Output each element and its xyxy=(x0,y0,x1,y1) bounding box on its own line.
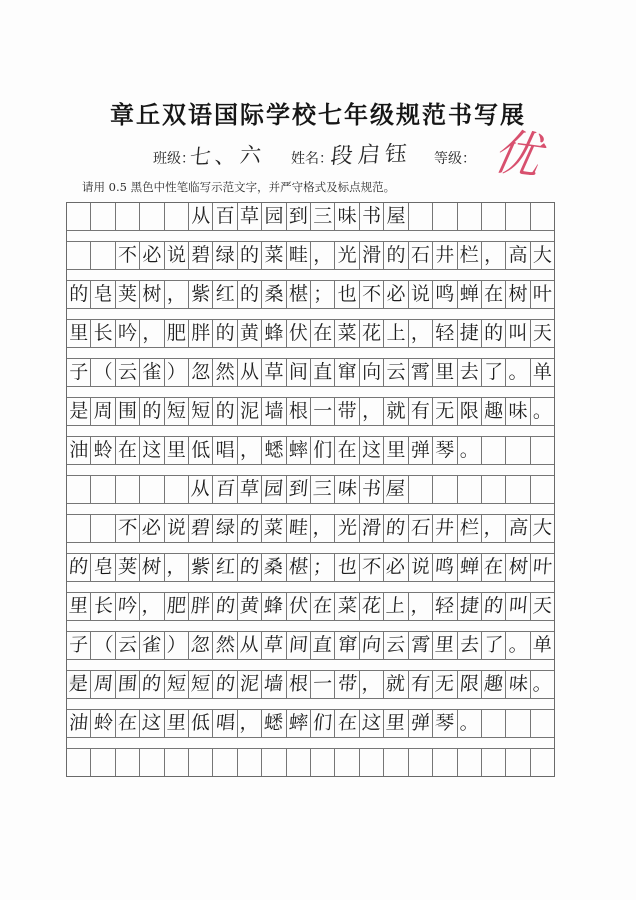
cell-character: 。 xyxy=(460,441,479,460)
grid-cell: ， xyxy=(238,437,262,464)
grid-cell: 无 xyxy=(433,398,457,425)
cell-character: 说 xyxy=(410,558,431,577)
cell-character: 吟 xyxy=(118,324,137,343)
grid-cell: 轻 xyxy=(433,593,457,620)
grid-cell: 墙 xyxy=(262,398,286,425)
cell-character: 的 xyxy=(483,597,504,616)
grid-cell: 上 xyxy=(384,593,408,620)
cell-character: 草 xyxy=(239,480,260,499)
cell-character: 唱 xyxy=(215,714,236,733)
cell-character: 在 xyxy=(312,597,333,616)
cell-character: 油 xyxy=(68,714,89,733)
grid-row-model: 的皂荚树，紫红的桑椹；也不必说鸣蝉在树叶 xyxy=(67,281,554,308)
grid-cell: 在 xyxy=(116,710,140,737)
cell-character: 忽 xyxy=(190,636,211,655)
grid-cell: 就 xyxy=(384,398,408,425)
cell-character: 的 xyxy=(216,402,235,421)
cell-character: 一 xyxy=(313,402,332,421)
cell-character: 椹 xyxy=(288,558,309,577)
cell-character: 弹 xyxy=(411,441,430,460)
grid-cell: 在 xyxy=(482,554,506,581)
grid-cell: 高 xyxy=(506,515,530,542)
cell-character: 去 xyxy=(459,636,480,655)
cell-character: 紫 xyxy=(190,558,211,577)
grid-cell: 叫 xyxy=(506,320,530,347)
cell-character: 们 xyxy=(313,441,332,460)
cell-character: 园 xyxy=(264,207,283,226)
grid-cell: 有 xyxy=(409,671,433,698)
grid-cell: 窜 xyxy=(335,359,359,386)
grid-row-model: 子（云雀）忽然从草间直窜向云霄里去了。单 xyxy=(67,359,554,386)
grid-cell xyxy=(67,476,91,503)
grid-cell: 墙 xyxy=(262,671,286,698)
grid-cell: 蝉 xyxy=(458,281,482,308)
cell-character: 的 xyxy=(239,519,260,538)
grid-cell: ， xyxy=(238,710,262,737)
cell-character: 高 xyxy=(508,519,529,538)
cell-character: 在 xyxy=(483,558,504,577)
grid-cell: 霄 xyxy=(409,359,433,386)
cell-character: 向 xyxy=(362,363,381,382)
grid-cell: ， xyxy=(409,320,433,347)
cell-character: 园 xyxy=(264,480,285,499)
grade-label: 等级： xyxy=(434,148,476,168)
cell-character: ） xyxy=(167,363,186,382)
grid-cell: 味 xyxy=(506,671,530,698)
grid-cell: 的 xyxy=(67,554,91,581)
cell-character: 忽 xyxy=(191,363,210,382)
grid-cell: 根 xyxy=(287,671,311,698)
cell-character: 向 xyxy=(361,636,382,655)
cell-character: 。 xyxy=(533,402,552,421)
cell-character: 低 xyxy=(191,441,210,460)
cell-character: 捷 xyxy=(460,324,479,343)
cell-character: 菜 xyxy=(264,519,285,538)
cell-character: 泥 xyxy=(239,675,260,694)
cell-character: 大 xyxy=(532,519,553,538)
grid-row-hand: 不必说碧绿的菜畦，光滑的石井栏，高大 xyxy=(67,515,554,542)
grid-cell: 的 xyxy=(384,515,408,542)
grid-cell: 然 xyxy=(213,359,237,386)
cell-character: 窜 xyxy=(338,363,357,382)
grid-cell: 石 xyxy=(409,515,433,542)
grid-row-hand: 子（云雀）忽然从草间直窜向云霄里去了。单 xyxy=(67,632,554,659)
grid-cell: 里 xyxy=(384,710,408,737)
cell-character: 的 xyxy=(239,558,260,577)
cell-character: 也 xyxy=(338,285,357,304)
grid-cell: 黄 xyxy=(238,593,262,620)
grid-cell: 滑 xyxy=(360,515,384,542)
cell-character: 不 xyxy=(361,558,382,577)
grid-cell: 荚 xyxy=(116,281,140,308)
cell-character: 碧 xyxy=(191,246,210,265)
cell-character: 蟀 xyxy=(289,441,308,460)
cell-character: （ xyxy=(93,636,114,655)
cell-character: 不 xyxy=(118,246,137,265)
cell-character: 绿 xyxy=(216,246,235,265)
cell-character: 黄 xyxy=(240,324,259,343)
cell-character: 书 xyxy=(361,480,382,499)
cell-character: 周 xyxy=(94,402,113,421)
cell-character: 里 xyxy=(386,441,405,460)
grid-cell: 雀 xyxy=(140,632,164,659)
grid-cell: 这 xyxy=(140,437,164,464)
cell-character: ， xyxy=(142,324,161,343)
cell-character: 直 xyxy=(312,636,333,655)
grid-cell: 子 xyxy=(67,359,91,386)
grid-cell: 叶 xyxy=(531,281,554,308)
grid-gap-row xyxy=(67,737,554,749)
grid-cell: 的 xyxy=(384,242,408,269)
cell-character: 里 xyxy=(167,441,186,460)
grid-cell: 一 xyxy=(311,398,335,425)
grid-cell: 捷 xyxy=(458,320,482,347)
cell-character: 。 xyxy=(509,363,528,382)
cell-character: 无 xyxy=(435,402,454,421)
grid-cell: 菜 xyxy=(335,593,359,620)
grid-cell: 在 xyxy=(311,320,335,347)
cell-character: 无 xyxy=(435,675,456,694)
grid-gap-row xyxy=(67,581,554,593)
grid-cell: 花 xyxy=(360,593,384,620)
cell-character: 在 xyxy=(118,441,137,460)
grid-cell: 向 xyxy=(360,359,384,386)
cell-character: 这 xyxy=(362,441,381,460)
cell-character: 有 xyxy=(411,402,430,421)
grid-row-model: 不必说碧绿的菜畦，光滑的石井栏，高大 xyxy=(67,242,554,269)
grid-cell: 的 xyxy=(238,515,262,542)
grid-cell: 里 xyxy=(67,320,91,347)
cell-character: 不 xyxy=(117,519,138,538)
cell-character: 菜 xyxy=(264,246,283,265)
grid-cell: 有 xyxy=(409,398,433,425)
cell-character: 树 xyxy=(508,558,529,577)
grid-cell: 蝉 xyxy=(458,554,482,581)
grid-cell: 限 xyxy=(458,398,482,425)
cell-character: 里 xyxy=(435,636,456,655)
instruction-text: 请用 0.5 黑色中性笔临写示范文字，并严守格式及标点规范。 xyxy=(82,179,395,195)
cell-character: 光 xyxy=(337,519,358,538)
cell-character: 黄 xyxy=(239,597,260,616)
grid-cell: 油 xyxy=(67,710,91,737)
grid-gap-row xyxy=(67,464,554,476)
grid-cell: 栏 xyxy=(458,242,482,269)
cell-character: 的 xyxy=(386,519,407,538)
cell-character: 叫 xyxy=(508,597,529,616)
cell-character: 的 xyxy=(69,285,88,304)
grid-cell: ， xyxy=(409,593,433,620)
cell-character: 的 xyxy=(484,324,503,343)
grid-cell: 到 xyxy=(287,476,311,503)
cell-character: 蜂 xyxy=(264,597,285,616)
grid-cell: 说 xyxy=(409,281,433,308)
grid-gap-row xyxy=(67,230,554,242)
grid-cell xyxy=(531,476,554,503)
cell-character: 必 xyxy=(142,519,163,538)
cell-character: 上 xyxy=(386,324,405,343)
grid-cell: 红 xyxy=(213,281,237,308)
grid-cell: 肥 xyxy=(165,320,189,347)
cell-character: 畦 xyxy=(288,519,309,538)
grid-cell: 草 xyxy=(262,359,286,386)
grid-cell xyxy=(67,242,91,269)
grid-cell: 书 xyxy=(360,476,384,503)
scanned-writing-sheet: 章丘双语国际学校七年级规范书写展 班级： 七、六 姓名： 段启钰 等级： 优 请… xyxy=(0,0,636,900)
cell-character: 的 xyxy=(142,675,163,694)
cell-character: 里 xyxy=(386,714,407,733)
grid-cell xyxy=(67,749,91,776)
cell-character: 。 xyxy=(532,675,553,694)
grid-cell: 。 xyxy=(458,710,482,737)
cell-character: ， xyxy=(167,285,186,304)
grid-cell: 也 xyxy=(335,281,359,308)
cell-character: 椹 xyxy=(289,285,308,304)
grid-cell: 叫 xyxy=(506,593,530,620)
cell-character: 屋 xyxy=(386,480,407,499)
grid-cell xyxy=(140,203,164,230)
grid-cell xyxy=(189,749,213,776)
grid-cell: 的 xyxy=(67,281,91,308)
grid-cell: 蛉 xyxy=(91,437,115,464)
grid-row-hand: 的皂荚树，紫红的桑椹；也不必说鸣蝉在树叶 xyxy=(67,554,554,581)
grid-cell xyxy=(506,710,530,737)
grid-cell: 去 xyxy=(458,359,482,386)
grid-cell: 井 xyxy=(433,242,457,269)
cell-character: 的 xyxy=(240,246,259,265)
grid-cell: 花 xyxy=(360,320,384,347)
cell-character: 从 xyxy=(191,207,210,226)
cell-character: 畦 xyxy=(289,246,308,265)
grid-cell: 光 xyxy=(335,242,359,269)
grid-cell: 吟 xyxy=(116,593,140,620)
grid-cell xyxy=(409,476,433,503)
cell-character: 在 xyxy=(337,714,358,733)
grid-cell: 直 xyxy=(311,359,335,386)
grid-cell: 碧 xyxy=(189,242,213,269)
cell-character: 一 xyxy=(312,675,333,694)
cell-character: 天 xyxy=(532,597,553,616)
grid-cell: 鸣 xyxy=(433,281,457,308)
grid-cell: 石 xyxy=(409,242,433,269)
cell-character: 蟀 xyxy=(288,714,309,733)
cell-character: 上 xyxy=(386,597,407,616)
grid-cell: 低 xyxy=(189,710,213,737)
grid-cell: 百 xyxy=(213,203,237,230)
cell-character: ， xyxy=(361,675,382,694)
cell-character: 碧 xyxy=(190,519,211,538)
grid-row-model: 是周围的短短的泥墙根一带，就有无限趣味。 xyxy=(67,398,554,425)
grid-cell: 胖 xyxy=(189,593,213,620)
cell-character: 子 xyxy=(68,636,89,655)
grid-cell: 里 xyxy=(165,437,189,464)
grid-cell: 里 xyxy=(433,359,457,386)
cell-character: ， xyxy=(411,324,430,343)
grid-cell: 不 xyxy=(116,242,140,269)
name-value-text: 段启钰 xyxy=(329,137,413,171)
grid-cell: 书 xyxy=(360,203,384,230)
cell-character: 子 xyxy=(69,363,88,382)
grid-cell xyxy=(116,476,140,503)
grid-cell: 树 xyxy=(140,554,164,581)
cell-character: 菜 xyxy=(337,597,358,616)
grid-cell: 从 xyxy=(189,203,213,230)
grid-cell: 无 xyxy=(433,671,457,698)
cell-character: 井 xyxy=(435,246,454,265)
grid-cell: 在 xyxy=(482,281,506,308)
grid-cell: 井 xyxy=(433,515,457,542)
cell-character: 叶 xyxy=(533,285,552,304)
cell-character: 蛉 xyxy=(94,441,113,460)
cell-character: 在 xyxy=(484,285,503,304)
cell-character: 高 xyxy=(509,246,528,265)
cell-character: ， xyxy=(362,402,381,421)
cell-character: 带 xyxy=(337,675,358,694)
cell-character: 里 xyxy=(69,324,88,343)
cell-character: 轻 xyxy=(435,597,456,616)
cell-character: 荚 xyxy=(118,285,137,304)
grid-row-model: 从百草园到三味书屋 xyxy=(67,203,554,230)
grid-cell xyxy=(458,203,482,230)
grid-cell: 。 xyxy=(506,632,530,659)
grid-cell: 三 xyxy=(311,203,335,230)
grid-cell: 单 xyxy=(531,359,554,386)
cell-character: 的 xyxy=(215,675,236,694)
cell-character: 根 xyxy=(289,402,308,421)
grid-cell: 味 xyxy=(506,398,530,425)
grid-cell xyxy=(482,749,506,776)
cell-character: 里 xyxy=(166,714,187,733)
grid-cell xyxy=(433,203,457,230)
grid-cell: ， xyxy=(360,398,384,425)
grid-cell xyxy=(433,476,457,503)
grid-cell xyxy=(531,749,554,776)
grid-cell: 荚 xyxy=(116,554,140,581)
grid-cell xyxy=(116,203,140,230)
cell-character: 必 xyxy=(386,285,405,304)
grid-cell xyxy=(409,749,433,776)
grid-cell xyxy=(458,476,482,503)
cell-character: 里 xyxy=(435,363,454,382)
grid-cell: 。 xyxy=(458,437,482,464)
cell-character: ， xyxy=(483,519,504,538)
grid-cell: 紫 xyxy=(189,281,213,308)
grid-cell: 直 xyxy=(311,632,335,659)
grid-cell: 子 xyxy=(67,632,91,659)
grid-cell: 畦 xyxy=(287,242,311,269)
cell-character: 红 xyxy=(216,285,235,304)
cell-character: 。 xyxy=(459,714,480,733)
cell-character: 百 xyxy=(215,480,236,499)
cell-character: 就 xyxy=(386,675,407,694)
cell-character: 在 xyxy=(338,441,357,460)
grid-cell: 必 xyxy=(384,554,408,581)
grid-cell xyxy=(433,749,457,776)
grid-cell: 围 xyxy=(116,671,140,698)
cell-character: 树 xyxy=(142,558,163,577)
cell-character: （ xyxy=(94,363,113,382)
grid-cell: 蟀 xyxy=(287,710,311,737)
grid-cell: 从 xyxy=(189,476,213,503)
grid-cell: 油 xyxy=(67,437,91,464)
grid-cell: 树 xyxy=(506,281,530,308)
cell-character: 间 xyxy=(289,363,308,382)
grid-cell: 味 xyxy=(335,476,359,503)
grid-cell: 蜂 xyxy=(262,320,286,347)
grid-cell: 的 xyxy=(238,242,262,269)
writing-grid: 从百草园到三味书屋不必说碧绿的菜畦，光滑的石井栏，高大的皂荚树，紫红的桑椹；也不… xyxy=(66,202,555,777)
cell-character: 单 xyxy=(533,363,552,382)
grid-row-hand: 从百草园到三味书屋 xyxy=(67,476,554,503)
grid-cell: 说 xyxy=(165,515,189,542)
grid-cell: 椹 xyxy=(287,554,311,581)
grid-cell: 这 xyxy=(360,710,384,737)
grid-cell: 必 xyxy=(384,281,408,308)
grid-cell: 雀 xyxy=(140,359,164,386)
grid-cell: 从 xyxy=(238,359,262,386)
grid-cell: 蟀 xyxy=(287,437,311,464)
cell-character: 皂 xyxy=(93,558,114,577)
cell-character: 短 xyxy=(190,675,211,694)
grid-cell: 蜂 xyxy=(262,593,286,620)
grid-cell: 趣 xyxy=(482,398,506,425)
cell-character: 短 xyxy=(166,675,187,694)
cell-character: 霄 xyxy=(410,636,431,655)
cell-character: 。 xyxy=(508,636,529,655)
grid-cell: 绿 xyxy=(213,515,237,542)
cell-character: ， xyxy=(240,441,259,460)
grid-cell: ， xyxy=(360,671,384,698)
cell-character: 蝉 xyxy=(460,285,479,304)
cell-character: 直 xyxy=(313,363,332,382)
grid-cell: 园 xyxy=(262,476,286,503)
grid-cell xyxy=(165,749,189,776)
cell-character: 琴 xyxy=(435,714,456,733)
grid-cell xyxy=(531,203,554,230)
grid-cell xyxy=(91,515,115,542)
cell-character: 书 xyxy=(362,207,381,226)
grid-cell: 根 xyxy=(287,398,311,425)
grid-gap-row xyxy=(67,659,554,671)
grid-row-model: 里长吟，肥胖的黄蜂伏在菜花上，轻捷的叫天 xyxy=(67,320,554,347)
grid-cell: 光 xyxy=(335,515,359,542)
cell-character: 从 xyxy=(190,480,211,499)
cell-character: 到 xyxy=(288,480,309,499)
grid-cell: 。 xyxy=(506,359,530,386)
cell-character: 限 xyxy=(460,402,479,421)
cell-character: 三 xyxy=(312,480,333,499)
cell-character: 的 xyxy=(215,597,236,616)
grid-cell: 红 xyxy=(213,554,237,581)
grid-cell: 忽 xyxy=(189,632,213,659)
cell-character: 间 xyxy=(288,636,309,655)
cell-character: 的 xyxy=(142,402,161,421)
grade-mark: 优 xyxy=(499,116,547,185)
grid-cell: 短 xyxy=(165,671,189,698)
grid-cell: 屋 xyxy=(384,476,408,503)
cell-character: 雀 xyxy=(142,363,161,382)
grid-cell: 云 xyxy=(384,359,408,386)
cell-character: 说 xyxy=(167,246,186,265)
grid-cell: 说 xyxy=(165,242,189,269)
cell-character: 必 xyxy=(142,246,161,265)
grid-cell: 绿 xyxy=(213,242,237,269)
grid-cell: 皂 xyxy=(91,554,115,581)
grid-cell: 泥 xyxy=(238,671,262,698)
cell-character: 花 xyxy=(362,324,381,343)
cell-character: 伏 xyxy=(288,597,309,616)
grid-cell: 低 xyxy=(189,437,213,464)
grid-cell xyxy=(91,242,115,269)
